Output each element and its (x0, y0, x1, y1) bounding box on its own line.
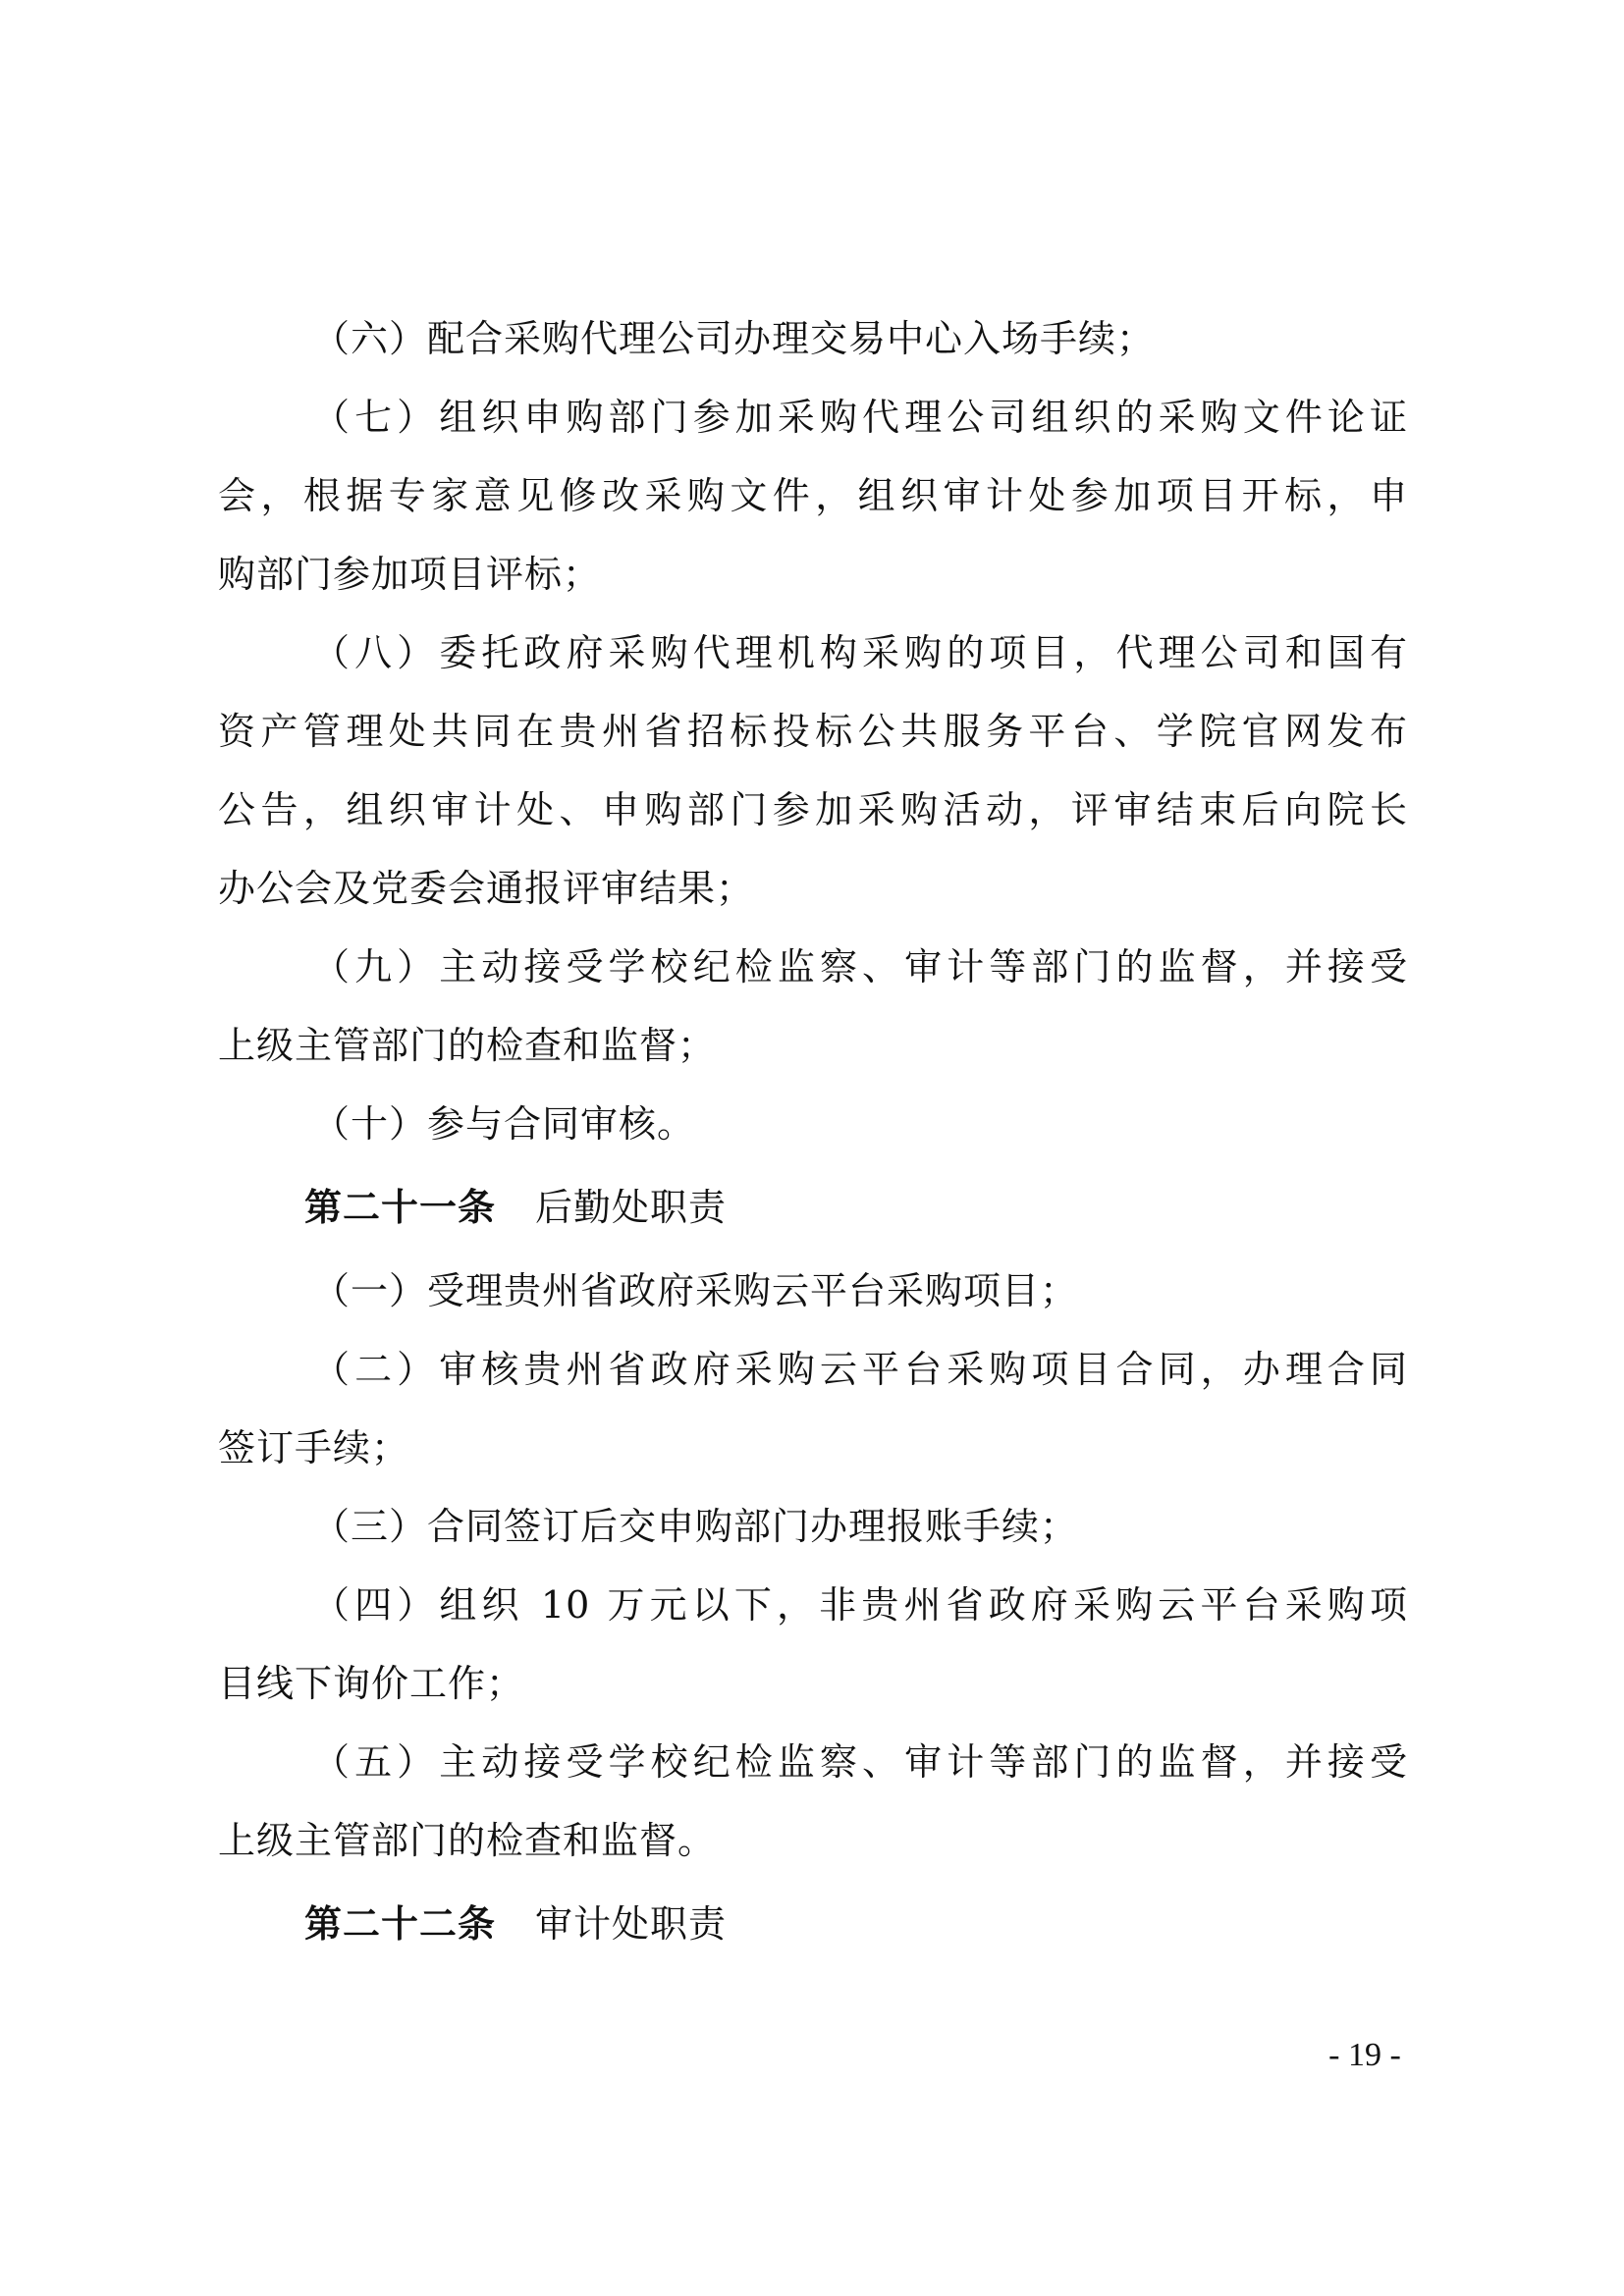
article-21-item-3-line-1: （三）合同签订后交申购部门办理报账手续； (312, 1502, 1408, 1551)
article-21-item-4-line-1: （四）组织 10 万元以下，非贵州省政府采购云平台采购项 (312, 1580, 1408, 1629)
article-22-title: 审计处职责 (535, 1902, 727, 1946)
article-21-item-2-line-2: 签订手续； (218, 1423, 1408, 1472)
article-21-item-4-line-2: 目线下询价工作； (218, 1659, 1408, 1708)
paragraph-item-7-line-3: 购部门参加项目评标； (218, 550, 1408, 599)
paragraph-item-6-line-1: （六）配合采购代理公司办理交易中心入场手续； (312, 314, 1408, 363)
paragraph-item-8-line-2: 资产管理处共同在贵州省招标投标公共服务平台、学院官网发布 (218, 707, 1408, 756)
paragraph-item-9-line-1: （九）主动接受学校纪检监察、审计等部门的监督，并接受 (312, 942, 1408, 991)
paragraph-item-8-line-1: （八）委托政府采购代理机构采购的项目，代理公司和国有 (312, 628, 1408, 677)
article-21-heading: 第二十一条后勤处职责 (304, 1183, 1494, 1232)
article-21-number: 第二十一条 (304, 1186, 496, 1229)
page-number: - 19 - (1301, 2034, 1429, 2077)
paragraph-item-9-line-2: 上级主管部门的检查和监督； (218, 1021, 1408, 1070)
paragraph-item-7-line-2: 会，根据专家意见修改采购文件，组织审计处参加项目开标，申 (218, 471, 1408, 520)
article-21-item-5-line-2: 上级主管部门的检查和监督。 (218, 1816, 1408, 1865)
paragraph-item-8-line-4: 办公会及党委会通报评审结果； (218, 864, 1408, 913)
article-21-item-2-line-1: （二）审核贵州省政府采购云平台采购项目合同，办理合同 (312, 1345, 1408, 1394)
paragraph-item-10-line-1: （十）参与合同审核。 (312, 1099, 1408, 1148)
paragraph-item-7-line-1: （七）组织申购部门参加采购代理公司组织的采购文件论证 (312, 393, 1408, 442)
article-21-item-1-line-1: （一）受理贵州省政府采购云平台采购项目； (312, 1266, 1408, 1315)
article-21-item-5-line-1: （五）主动接受学校纪检监察、审计等部门的监督，并接受 (312, 1737, 1408, 1787)
article-22-heading: 第二十二条审计处职责 (304, 1899, 1494, 1949)
paragraph-item-8-line-3: 公告，组织审计处、申购部门参加采购活动，评审结束后向院长 (218, 785, 1408, 834)
document-page: （六）配合采购代理公司办理交易中心入场手续； （七）组织申购部门参加采购代理公司… (0, 0, 1624, 2296)
article-21-title: 后勤处职责 (535, 1186, 727, 1229)
article-22-number: 第二十二条 (304, 1902, 496, 1946)
